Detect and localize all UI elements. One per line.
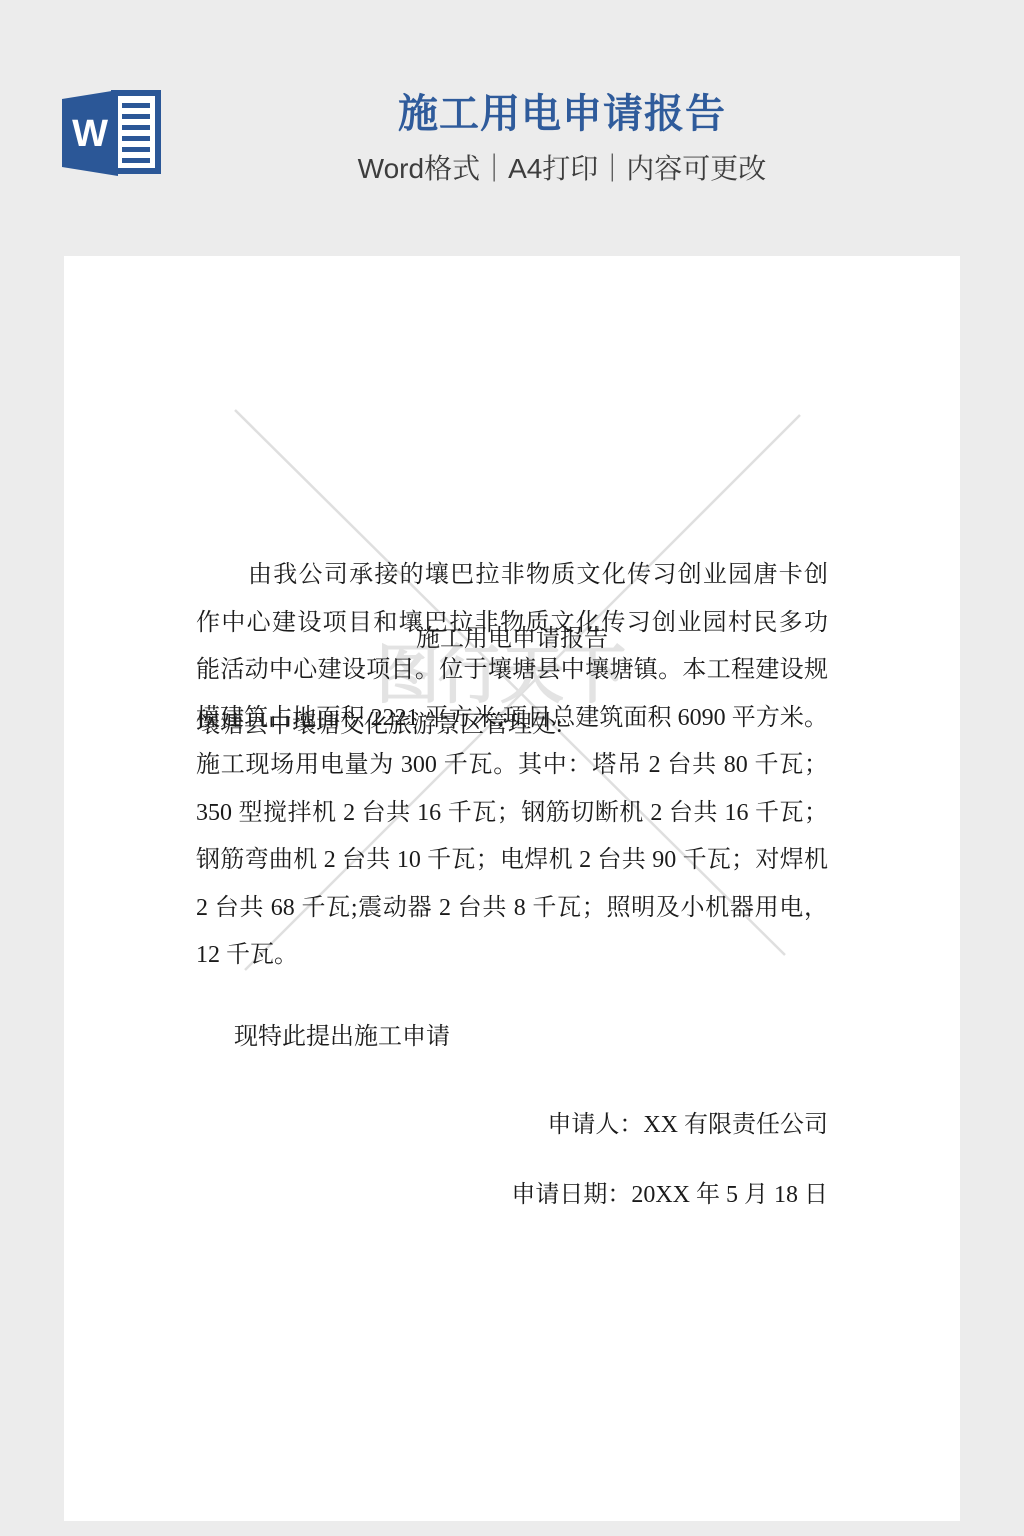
applicant-line: 申请人：XX 有限责任公司 [196, 1102, 828, 1150]
application-date-line: 申请日期：20XX 年 5 月 18 日 [196, 1172, 828, 1220]
paragraph-line: 由我公司承接的壤巴拉非物质文化传习创业园唐卡创 [196, 552, 828, 600]
paragraph-line: 施工现场用电量为 300 千瓦。其中：塔吊 2 台共 80 千瓦； [196, 742, 828, 790]
template-subtitle: Word格式｜A4打印｜内容可更改 [100, 152, 1024, 186]
template-preview-page: W 施工用电申请报告 Word格式｜A4打印｜内容可更改 图行天下 施工用电申请… [0, 0, 1024, 1536]
paragraph-line: 12 千瓦。 [196, 932, 828, 980]
template-title: 施工用电申请报告 [100, 92, 1024, 136]
closing-line: 现特此提出施工申请 [196, 1014, 828, 1062]
document-page: 图行天下 施工用电申请报告 壤塘县中壤塘文化旅游景区管理处: 由我公司承接的壤巴… [64, 256, 960, 1521]
body-paragraph: 由我公司承接的壤巴拉非物质文化传习创业园唐卡创 作中心建设项目和壤巴拉非物质文化… [196, 552, 828, 980]
paragraph-line: 2 台共 68 千瓦;震动器 2 台共 8 千瓦；照明及小机器用电， [196, 885, 828, 933]
paragraph-line: 350 型搅拌机 2 台共 16 千瓦；钢筋切断机 2 台共 16 千瓦； [196, 790, 828, 838]
paragraph-line: 钢筋弯曲机 2 台共 10 千瓦；电焊机 2 台共 90 千瓦；对焊机 [196, 837, 828, 885]
paragraph-line: 能活动中心建设项目。位于壤塘县中壤塘镇。本工程建设规 [196, 647, 828, 695]
paragraph-line: 模建筑占地面积 2221 平方米,项目总建筑面积 6090 平方米。 [196, 695, 828, 743]
paragraph-line: 作中心建设项目和壤巴拉非物质文化传习创业园村民多功 [196, 600, 828, 648]
